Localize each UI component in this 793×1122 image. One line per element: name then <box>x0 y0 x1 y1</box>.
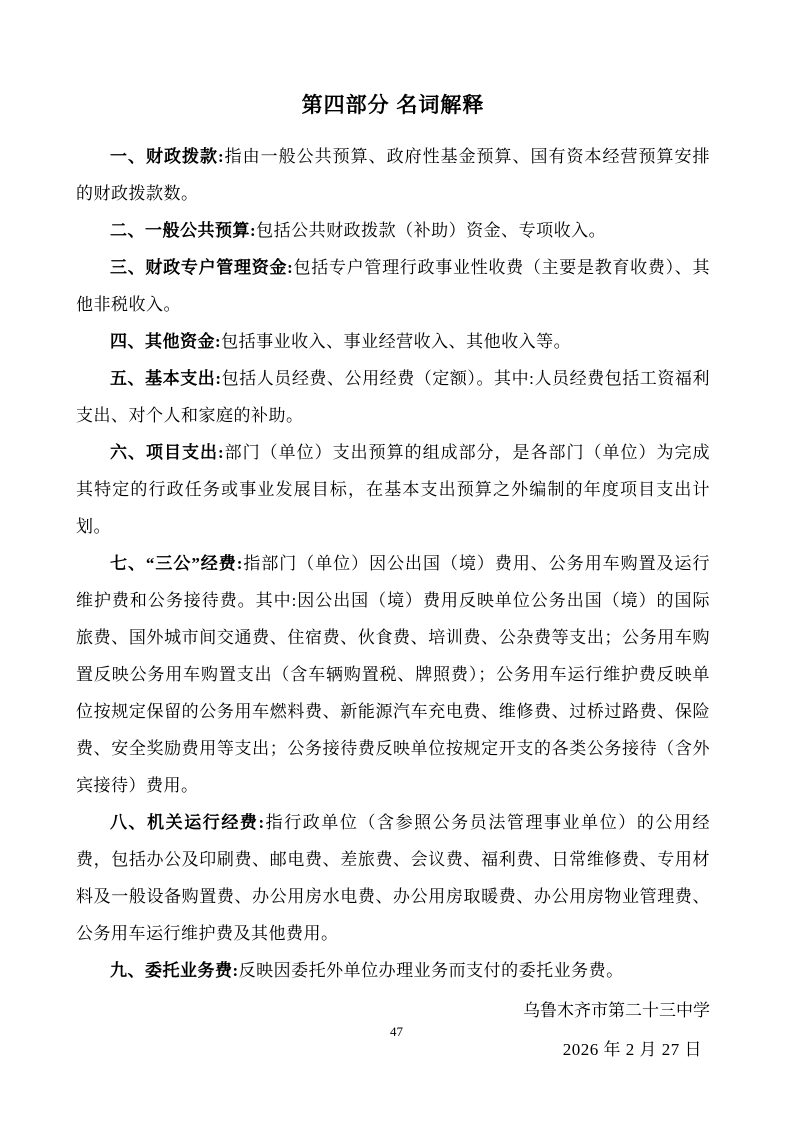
term-label: 二、一般公共预算: <box>110 221 256 240</box>
section-paragraph: 一、财政拨款:指由一般公共预算、政府性基金预算、国有资本经营预算安排的财政拨款数… <box>76 138 710 212</box>
term-label: 八、机关运行经费: <box>110 813 265 832</box>
definition-text: 指部门（单位）因公出国（境）费用、公务用车购置及运行维护费和公务接待费。其中:因… <box>76 554 710 795</box>
section-paragraph: 九、委托业务费:反映因委托外单位办理业务而支付的委托业务费。 <box>76 952 710 989</box>
section-paragraph: 五、基本支出:包括人员经费、公用经费（定额）。其中:人员经费包括工资福利支出、对… <box>76 360 710 434</box>
term-label: 五、基本支出: <box>110 369 222 388</box>
page-title: 第四部分 名词解释 <box>76 92 710 120</box>
section-paragraph: 四、其他资金:包括事业收入、事业经营收入、其他收入等。 <box>76 323 710 360</box>
section-paragraph: 二、一般公共预算:包括公共财政拨款（补助）资金、专项收入。 <box>76 212 710 249</box>
document-page: 第四部分 名词解释 一、财政拨款:指由一般公共预算、政府性基金预算、国有资本经营… <box>0 0 793 1122</box>
definition-text: 反映因委托外单位办理业务而支付的委托业务费。 <box>239 961 624 980</box>
definition-text: 包括公共财政拨款（补助）资金、专项收入。 <box>256 221 606 240</box>
section-paragraph: 三、财政专户管理资金:包括专户管理行政事业性收费（主要是教育收费）、其他非税收入… <box>76 249 710 323</box>
section-paragraph: 八、机关运行经费:指行政单位（含参照公务员法管理事业单位）的公用经费，包括办公及… <box>76 804 710 952</box>
term-label: 四、其他资金: <box>110 332 221 351</box>
term-label: 九、委托业务费: <box>110 961 239 980</box>
term-label: 一、财政拨款: <box>110 147 224 166</box>
term-label: 七、“三公”经费: <box>110 554 243 573</box>
document-content: 第四部分 名词解释 一、财政拨款:指由一般公共预算、政府性基金预算、国有资本经营… <box>76 92 710 1069</box>
section-paragraph: 六、项目支出:部门（单位）支出预算的组成部分，是各部门（单位）为完成其特定的行政… <box>76 434 710 545</box>
definition-text: 包括事业收入、事业经营收入、其他收入等。 <box>221 332 571 351</box>
term-label: 六、项目支出: <box>110 443 224 462</box>
term-label: 三、财政专户管理资金: <box>110 258 293 277</box>
page-number: 47 <box>0 1024 793 1040</box>
section-paragraph: 七、“三公”经费:指部门（单位）因公出国（境）费用、公务用车购置及运行维护费和公… <box>76 545 710 804</box>
definition-text: 指行政单位（含参照公务员法管理事业单位）的公用经费，包括办公及印刷费、邮电费、差… <box>76 813 710 943</box>
